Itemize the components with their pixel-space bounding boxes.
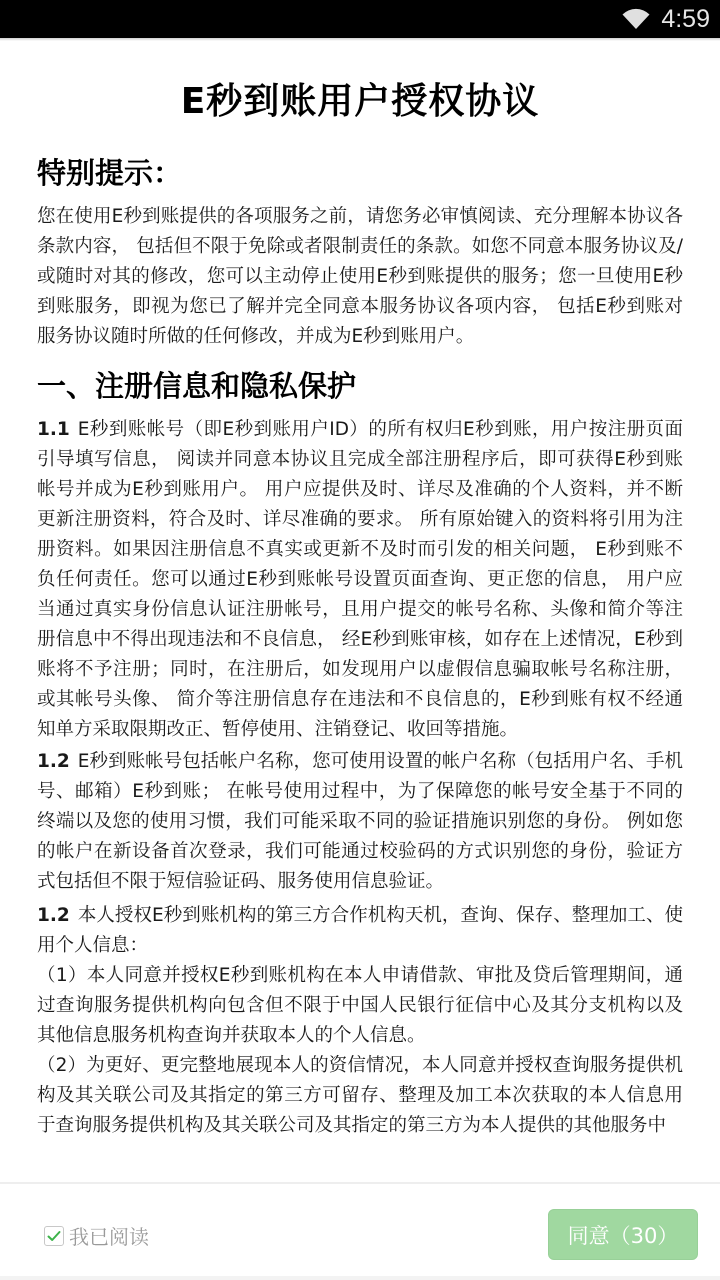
clause-item-1: （1）本人同意并授权E秒到账机构在本人申请借款、审批及贷后管理期间，通过查询服务… [37, 961, 683, 1051]
clause-number: 1.2 [37, 751, 70, 772]
clause-item-2: （2）为更好、更完整地展现本人的资信情况，本人同意并授权查询服务提供机构及其关联… [37, 1051, 683, 1141]
footer-bar: 我已阅读 同意（30） [0, 1182, 720, 1280]
clause-1-1: 1.1E秒到账帐号（即E秒到账用户ID）的所有权归E秒到账，用户按注册页面引导填… [37, 415, 683, 745]
clause-number: 1.2 [37, 905, 70, 926]
checkbox-box[interactable] [44, 1226, 64, 1246]
status-time: 4:59 [661, 5, 710, 34]
clause-text: E秒到账帐号包括帐户名称，您可使用设置的帐户名称（包括用户名、手机号、邮箱）E秒… [37, 751, 683, 892]
checkmark-icon [47, 1230, 61, 1242]
read-confirm-checkbox[interactable]: 我已阅读 [44, 1221, 149, 1250]
section1-heading: 一、注册信息和隐私保护 [37, 366, 683, 406]
wifi-icon [621, 7, 651, 31]
clause-1-2: 1.2E秒到账帐号包括帐户名称，您可使用设置的帐户名称（包括用户名、手机号、邮箱… [37, 747, 683, 897]
agreement-scroll-area[interactable]: E秒到账用户授权协议 特别提示： 您在使用E秒到账提供的各项服务之前，请您务必审… [0, 41, 720, 1182]
clause-text: 本人授权E秒到账机构的第三方合作机构天机，查询、保存、整理加工、使用个人信息： [37, 905, 683, 956]
clause-number: 1.1 [37, 419, 70, 440]
notice-heading: 特别提示： [37, 153, 683, 193]
clause-1-2-authorization: 1.2本人授权E秒到账机构的第三方合作机构天机，查询、保存、整理加工、使用个人信… [37, 901, 683, 961]
clause-text: E秒到账帐号（即E秒到账用户ID）的所有权归E秒到账，用户按注册页面引导填写信息… [37, 419, 683, 740]
status-bar: 4:59 [0, 0, 720, 38]
bottom-edge [0, 1276, 720, 1280]
page-title: E秒到账用户授权协议 [37, 77, 683, 127]
checkbox-label[interactable]: 我已阅读 [69, 1221, 149, 1250]
agree-button[interactable]: 同意（30） [548, 1209, 698, 1260]
notice-text: 您在使用E秒到账提供的各项服务之前，请您务必审慎阅读、充分理解本协议各条款内容，… [37, 202, 683, 352]
